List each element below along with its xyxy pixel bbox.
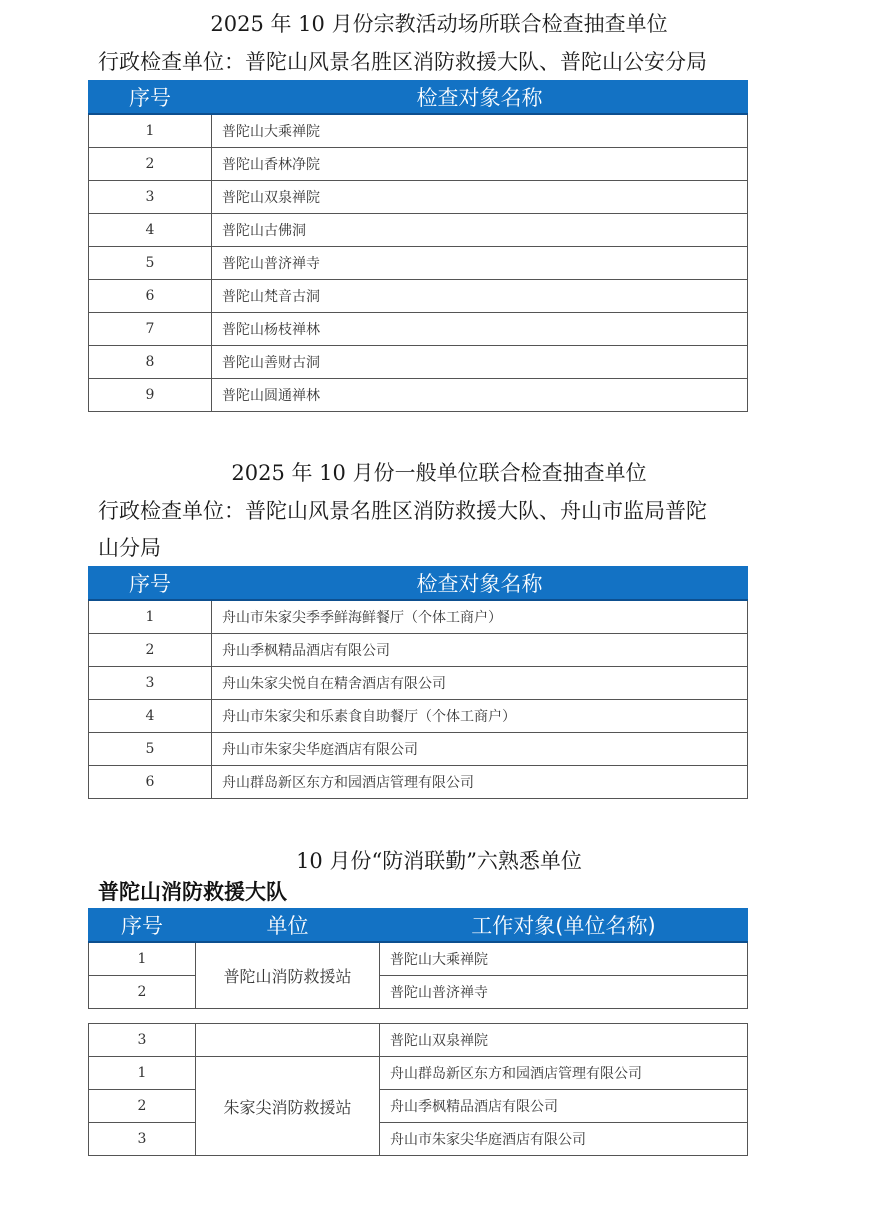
row-name: 普陀山香林净院 [212, 148, 748, 181]
row-no: 3 [89, 181, 212, 214]
column-header-no: 序号 [89, 567, 212, 601]
row-no: 4 [89, 700, 212, 733]
column-header-no: 序号 [89, 909, 196, 943]
row-no: 2 [89, 1090, 196, 1123]
table-row: 1舟山市朱家尖季季鲜海鲜餐厅（个体工商户） [89, 600, 748, 634]
row-no: 4 [89, 214, 212, 247]
row-name: 普陀山梵音古洞 [212, 280, 748, 313]
section1-admin-units: 行政检查单位：普陀山风景名胜区消防救援大队、普陀山公安分局 [98, 42, 788, 82]
row-name: 舟山群岛新区东方和园酒店管理有限公司 [380, 1057, 748, 1090]
section3-title: 10 月份“防消联勤”六熟悉单位 [0, 845, 878, 875]
row-name: 普陀山圆通禅林 [212, 379, 748, 412]
row-no: 1 [89, 114, 212, 148]
section2-table: 序号 检查对象名称 1舟山市朱家尖季季鲜海鲜餐厅（个体工商户） 2舟山季枫精品酒… [88, 566, 748, 799]
table-row: 2 舟山季枫精品酒店有限公司 [89, 1090, 748, 1123]
row-no: 9 [89, 379, 212, 412]
row-no: 2 [89, 634, 212, 667]
row-no: 1 [89, 600, 212, 634]
table-row: 4舟山市朱家尖和乐素食自助餐厅（个体工商户） [89, 700, 748, 733]
table-row: 9普陀山圆通禅林 [89, 379, 748, 412]
row-name: 舟山市朱家尖华庭酒店有限公司 [380, 1123, 748, 1156]
section2-admin-units-line1: 行政检查单位：普陀山风景名胜区消防救援大队、舟山市监局普陀 [98, 491, 788, 531]
column-header-target: 工作对象(单位名称) [380, 909, 748, 943]
table-row: 6舟山群岛新区东方和园酒店管理有限公司 [89, 766, 748, 799]
row-no: 8 [89, 346, 212, 379]
row-name: 舟山市朱家尖和乐素食自助餐厅（个体工商户） [212, 700, 748, 733]
row-no: 6 [89, 766, 212, 799]
column-header-name: 检查对象名称 [212, 567, 748, 601]
table-row: 2舟山季枫精品酒店有限公司 [89, 634, 748, 667]
row-name: 普陀山双泉禅院 [212, 181, 748, 214]
table-row: 8普陀山善财古洞 [89, 346, 748, 379]
row-no: 2 [89, 148, 212, 181]
section1-table: 序号 检查对象名称 1普陀山大乘禅院 2普陀山香林净院 3普陀山双泉禅院 4普陀… [88, 80, 748, 412]
section3-table-part1: 序号 单位 工作对象(单位名称) 1 普陀山消防救援站 普陀山大乘禅院 2 普陀… [88, 908, 748, 1009]
row-unit: 普陀山消防救援站 [196, 942, 380, 1009]
row-name: 舟山朱家尖悦自在精舍酒店有限公司 [212, 667, 748, 700]
table-row: 1 普陀山消防救援站 普陀山大乘禅院 [89, 942, 748, 976]
row-name: 舟山市朱家尖华庭酒店有限公司 [212, 733, 748, 766]
row-name: 普陀山大乘禅院 [212, 114, 748, 148]
table-row: 3普陀山双泉禅院 [89, 181, 748, 214]
section3-team-name: 普陀山消防救援大队 [98, 876, 287, 906]
row-no: 5 [89, 733, 212, 766]
section1-title: 2025 年 10 月份宗教活动场所联合检查抽查单位 [0, 8, 878, 38]
row-no: 5 [89, 247, 212, 280]
row-name: 舟山季枫精品酒店有限公司 [380, 1090, 748, 1123]
table-row: 7普陀山杨枝禅林 [89, 313, 748, 346]
row-no: 7 [89, 313, 212, 346]
row-no: 1 [89, 942, 196, 976]
table-row: 5舟山市朱家尖华庭酒店有限公司 [89, 733, 748, 766]
table-row: 2普陀山香林净院 [89, 148, 748, 181]
table-row: 3 舟山市朱家尖华庭酒店有限公司 [89, 1123, 748, 1156]
table-header-row: 序号 单位 工作对象(单位名称) [89, 909, 748, 943]
table-row: 3舟山朱家尖悦自在精舍酒店有限公司 [89, 667, 748, 700]
row-name: 舟山群岛新区东方和园酒店管理有限公司 [212, 766, 748, 799]
row-no: 3 [89, 667, 212, 700]
table-row: 4普陀山古佛洞 [89, 214, 748, 247]
table-row: 1 朱家尖消防救援站 舟山群岛新区东方和园酒店管理有限公司 [89, 1057, 748, 1090]
row-name: 舟山市朱家尖季季鲜海鲜餐厅（个体工商户） [212, 600, 748, 634]
column-header-no: 序号 [89, 81, 212, 115]
row-name: 普陀山善财古洞 [212, 346, 748, 379]
section2-admin-units-line2: 山分局 [98, 528, 788, 568]
table-row: 3 普陀山双泉禅院 [89, 1024, 748, 1057]
row-no: 6 [89, 280, 212, 313]
table-header-row: 序号 检查对象名称 [89, 567, 748, 601]
row-name: 舟山季枫精品酒店有限公司 [212, 634, 748, 667]
row-unit-empty [196, 1024, 380, 1057]
row-name: 普陀山大乘禅院 [380, 942, 748, 976]
row-name: 普陀山杨枝禅林 [212, 313, 748, 346]
row-unit: 朱家尖消防救援站 [196, 1057, 380, 1156]
section3-table-part2: 3 普陀山双泉禅院 1 朱家尖消防救援站 舟山群岛新区东方和园酒店管理有限公司 … [88, 1023, 748, 1156]
section2-title: 2025 年 10 月份一般单位联合检查抽查单位 [0, 457, 878, 487]
row-name: 普陀山普济禅寺 [380, 976, 748, 1009]
table-row: 6普陀山梵音古洞 [89, 280, 748, 313]
column-header-unit: 单位 [196, 909, 380, 943]
row-name: 普陀山古佛洞 [212, 214, 748, 247]
column-header-name: 检查对象名称 [212, 81, 748, 115]
row-no: 2 [89, 976, 196, 1009]
table-row: 2 普陀山普济禅寺 [89, 976, 748, 1009]
table-header-row: 序号 检查对象名称 [89, 81, 748, 115]
row-name: 普陀山双泉禅院 [380, 1024, 748, 1057]
row-no: 1 [89, 1057, 196, 1090]
row-no: 3 [89, 1123, 196, 1156]
row-no: 3 [89, 1024, 196, 1057]
table-row: 1普陀山大乘禅院 [89, 114, 748, 148]
table-row: 5普陀山普济禅寺 [89, 247, 748, 280]
row-name: 普陀山普济禅寺 [212, 247, 748, 280]
